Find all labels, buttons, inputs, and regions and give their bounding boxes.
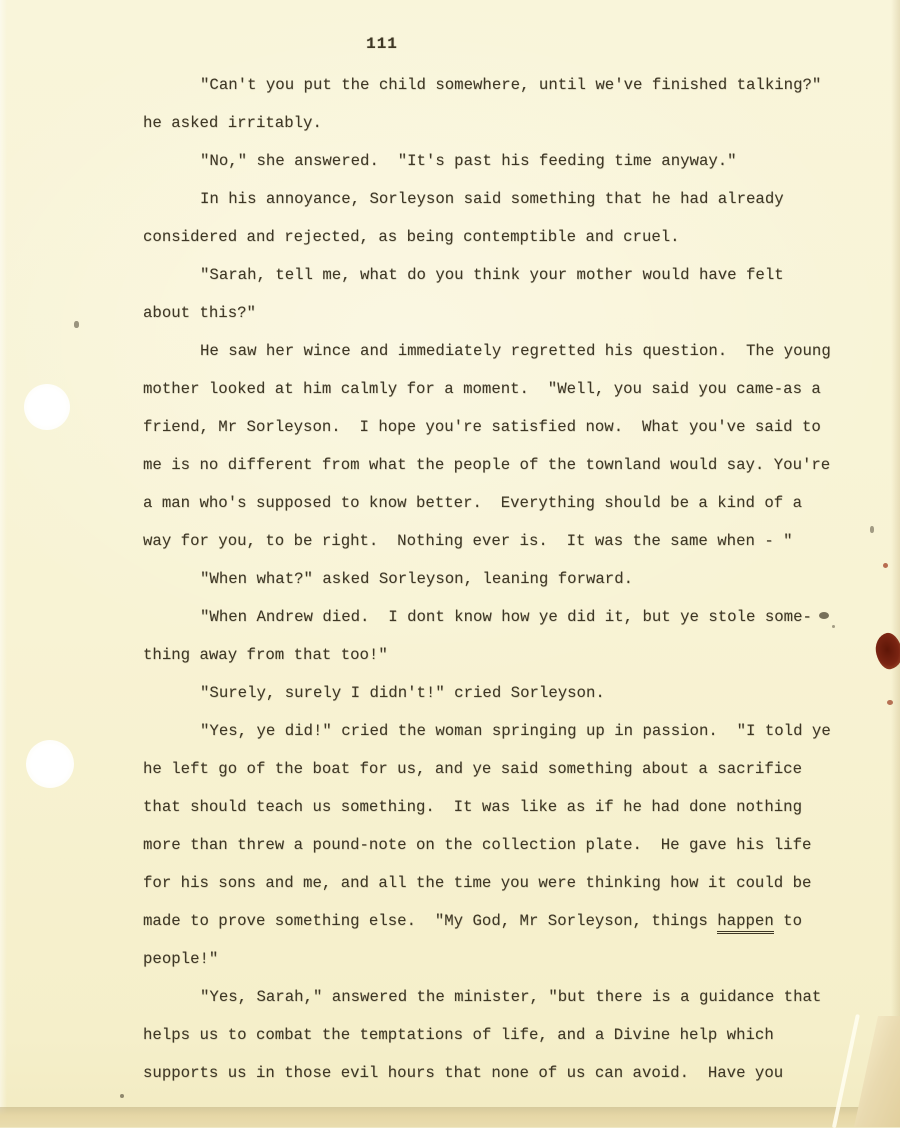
text-line: mother looked at him calmly for a moment…	[143, 370, 863, 408]
text-segment: me is no different from what the people …	[143, 456, 830, 474]
manuscript-page: 111 "Can't you put the child somewhere, …	[0, 0, 900, 1127]
text-line: about this?"	[143, 294, 863, 332]
page-right-edge	[891, 0, 900, 1127]
red-ink-dot	[887, 700, 893, 705]
text-line: for his sons and me, and all the time yo…	[143, 864, 863, 902]
text-line: he asked irritably.	[143, 104, 863, 142]
text-line: more than threw a pound-note on the coll…	[143, 826, 863, 864]
text-segment: way for you, to be right. Nothing ever i…	[143, 532, 793, 550]
text-line: "Yes, ye did!" cried the woman springing…	[143, 712, 863, 750]
hole-punch-bottom	[26, 740, 74, 788]
text-line: supports us in those evil hours that non…	[143, 1054, 863, 1092]
text-segment: "Sarah, tell me, what do you think your …	[200, 266, 784, 284]
text-segment: friend, Mr Sorleyson. I hope you're sati…	[143, 418, 821, 436]
text-line: a man who's supposed to know better. Eve…	[143, 484, 863, 522]
text-line: "When Andrew died. I dont know how ye di…	[143, 598, 863, 636]
ink-speck	[870, 526, 874, 533]
text-segment: thing away from that too!"	[143, 646, 388, 664]
text-segment: "No," she answered. "It's past his feedi…	[200, 152, 737, 170]
text-segment: about this?"	[143, 304, 256, 322]
text-line: made to prove something else. "My God, M…	[143, 902, 863, 940]
text-segment: people!"	[143, 950, 218, 968]
page-number: 111	[360, 35, 404, 53]
text-segment: more than threw a pound-note on the coll…	[143, 836, 811, 854]
manuscript-screenshot: { "colors": { "paper": "#f8f3d4", "ink":…	[0, 0, 900, 1127]
text-segment: "Surely, surely I didn't!" cried Sorleys…	[200, 684, 605, 702]
text-segment: "Yes, ye did!" cried the woman springing…	[200, 722, 831, 740]
text-segment: he left go of the boat for us, and ye sa…	[143, 760, 802, 778]
hole-punch-top	[24, 384, 70, 430]
page-left-edge	[0, 0, 7, 1127]
text-line: "Surely, surely I didn't!" cried Sorleys…	[143, 674, 863, 712]
text-segment: for his sons and me, and all the time yo…	[143, 874, 811, 892]
red-ink-dot	[883, 563, 888, 568]
text-line: that should teach us something. It was l…	[143, 788, 863, 826]
red-ink-stain	[872, 630, 900, 671]
text-line: "No," she answered. "It's past his feedi…	[143, 142, 863, 180]
text-segment: that should teach us something. It was l…	[143, 798, 802, 816]
text-line: He saw her wince and immediately regrett…	[143, 332, 863, 370]
text-segment: He saw her wince and immediately regrett…	[200, 342, 831, 360]
ink-speck	[832, 625, 835, 628]
text-line: "Can't you put the child somewhere, unti…	[143, 66, 863, 104]
text-line: thing away from that too!"	[143, 636, 863, 674]
text-segment: helps us to combat the temptations of li…	[143, 1026, 774, 1044]
text-segment: In his annoyance, Sorleyson said somethi…	[200, 190, 784, 208]
text-body: "Can't you put the child somewhere, unti…	[143, 66, 863, 1092]
text-line: me is no different from what the people …	[143, 446, 863, 484]
text-segment: "When Andrew died. I dont know how ye di…	[200, 608, 812, 626]
text-segment: he asked irritably.	[143, 114, 322, 132]
ink-speck	[74, 321, 79, 328]
text-line: way for you, to be right. Nothing ever i…	[143, 522, 863, 560]
text-line: friend, Mr Sorleyson. I hope you're sati…	[143, 408, 863, 446]
text-line: he left go of the boat for us, and ye sa…	[143, 750, 863, 788]
text-line: "When what?" asked Sorleyson, leaning fo…	[143, 560, 863, 598]
text-segment: to	[774, 912, 802, 930]
ink-speck	[120, 1094, 124, 1098]
ink-speck	[819, 612, 829, 619]
text-line: "Yes, Sarah," answered the minister, "bu…	[143, 978, 863, 1016]
text-segment: mother looked at him calmly for a moment…	[143, 380, 821, 398]
text-line: In his annoyance, Sorleyson said somethi…	[143, 180, 863, 218]
text-segment: considered and rejected, as being contem…	[143, 228, 680, 246]
text-line: considered and rejected, as being contem…	[143, 218, 863, 256]
underlined-word: happen	[717, 912, 773, 934]
next-page-edge	[0, 1107, 900, 1127]
text-line: people!"	[143, 940, 863, 978]
text-segment: supports us in those evil hours that non…	[143, 1064, 783, 1082]
text-segment: "When what?" asked Sorleyson, leaning fo…	[200, 570, 633, 588]
text-segment: a man who's supposed to know better. Eve…	[143, 494, 802, 512]
text-segment: "Can't you put the child somewhere, unti…	[200, 76, 821, 94]
text-segment: "Yes, Sarah," answered the minister, "bu…	[200, 988, 821, 1006]
text-line: "Sarah, tell me, what do you think your …	[143, 256, 863, 294]
text-segment: made to prove something else. "My God, M…	[143, 912, 717, 930]
text-line: helps us to combat the temptations of li…	[143, 1016, 863, 1054]
